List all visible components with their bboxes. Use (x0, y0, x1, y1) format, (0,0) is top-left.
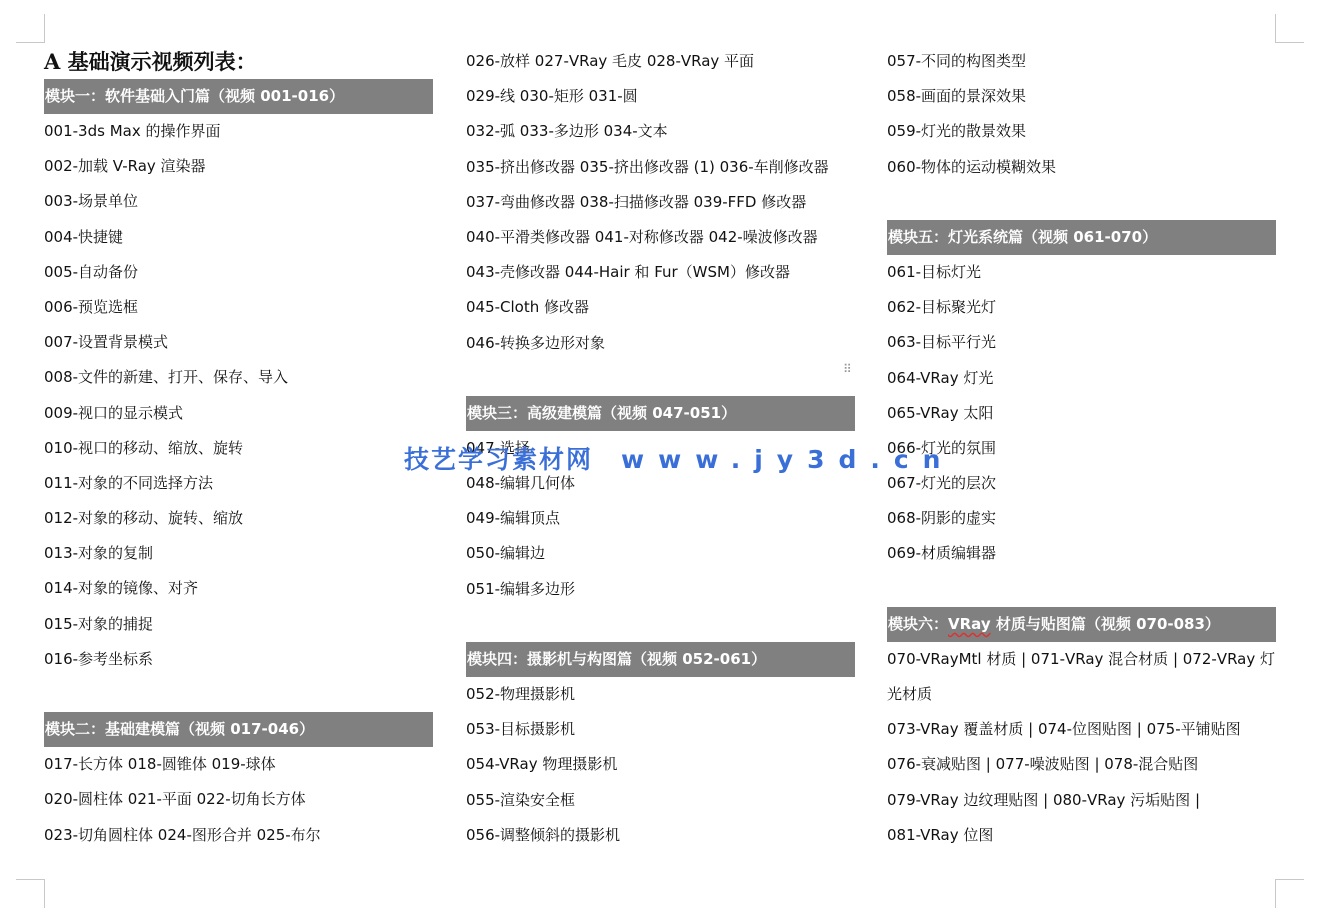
watermark: 技艺学习素材网www.jy3d.cn (404, 440, 954, 476)
list-item: 052-物理摄影机 (466, 677, 856, 712)
list-item: 026-放样 027-VRay 毛皮 028-VRay 平面 (466, 44, 856, 79)
list-item: 081-VRay 位图 (887, 818, 1277, 853)
spacer (887, 572, 1277, 607)
list-item: 060-物体的运动模糊效果 (887, 150, 1277, 185)
list-item: 040-平滑类修改器 041-对称修改器 042-噪波修改器 (466, 220, 856, 255)
list-item: 003-场景单位 (44, 184, 434, 219)
list-item: 049-编辑顶点 (466, 501, 856, 536)
list-item: 013-对象的复制 (44, 536, 434, 571)
list-item: 068-阴影的虚实 (887, 501, 1277, 536)
list-item: 006-预览选框 (44, 290, 434, 325)
list-item: 050-编辑边 (466, 536, 856, 571)
section-header-module-2: 模块二：基础建模篇（视频 017-046） (44, 712, 433, 747)
list-item: 014-对象的镜像、对齐 (44, 571, 434, 606)
drag-handle-icon[interactable]: ⠿ (843, 366, 852, 372)
list-item: 012-对象的移动、旋转、缩放 (44, 501, 434, 536)
list-item: 029-线 030-矩形 031-圆 (466, 79, 856, 114)
list-item: 004-快捷键 (44, 220, 434, 255)
list-item: 073-VRay 覆盖材质 | 074-位图贴图 | 075-平铺贴图 (887, 712, 1277, 747)
list-item: 光材质 (887, 677, 1277, 712)
list-item: 054-VRay 物理摄影机 (466, 747, 856, 782)
list-item: 017-长方体 018-圆锥体 019-球体 (44, 747, 434, 782)
watermark-url: www.jy3d.cn (621, 445, 954, 474)
header-suffix: 材质与贴图篇（视频 070-083） (991, 615, 1220, 633)
list-item: 056-调整倾斜的摄影机 (466, 818, 856, 853)
watermark-text: 技艺学习素材网 (404, 445, 593, 474)
list-item: 001-3ds Max 的操作界面 (44, 114, 434, 149)
list-item: 009-视口的显示模式 (44, 396, 434, 431)
list-item: 062-目标聚光灯 (887, 290, 1277, 325)
section-header-module-6: 模块六：VRay 材质与贴图篇（视频 070-083） (887, 607, 1276, 642)
list-item: 010-视口的移动、缩放、旋转 (44, 431, 434, 466)
section-header-module-1: 模块一：软件基础入门篇（视频 001-016） (44, 79, 433, 114)
list-item: 037-弯曲修改器 038-扫描修改器 039-FFD 修改器 (466, 185, 856, 220)
section-header-module-4: 模块四：摄影机与构图篇（视频 052-061） (466, 642, 855, 677)
list-item: 043-壳修改器 044-Hair 和 Fur（WSM）修改器 (466, 255, 856, 290)
page-corner-mark-bottom-left (16, 879, 45, 908)
spellcheck-underlined-word: VRay (948, 615, 991, 633)
spacer (887, 185, 1277, 220)
list-item: 007-设置背景模式 (44, 325, 434, 360)
list-item: 070-VRayMtl 材质 | 071-VRay 混合材质 | 072-VRa… (887, 642, 1277, 677)
page-corner-mark-bottom-right (1275, 879, 1304, 908)
list-item: 063-目标平行光 (887, 325, 1277, 360)
list-item: 046-转换多边形对象 (466, 326, 856, 361)
list-item: 053-目标摄影机 (466, 712, 856, 747)
list-item: 061-目标灯光 (887, 255, 1277, 290)
spacer (466, 607, 856, 642)
list-item: 035-挤出修改器 035-挤出修改器 (1) 036-车削修改器 (466, 150, 856, 185)
section-header-module-5: 模块五：灯光系统篇（视频 061-070） (887, 220, 1276, 255)
list-item: 059-灯光的散景效果 (887, 114, 1277, 149)
spacer (466, 361, 856, 396)
spacer (44, 677, 434, 712)
list-item: 079-VRay 边纹理贴图 | 080-VRay 污垢贴图 | (887, 783, 1277, 818)
list-item: 055-渲染安全框 (466, 783, 856, 818)
list-item: 051-编辑多边形 (466, 572, 856, 607)
list-item: 020-圆柱体 021-平面 022-切角长方体 (44, 782, 434, 817)
list-item: 015-对象的捕捉 (44, 607, 434, 642)
list-item: 064-VRay 灯光 (887, 361, 1277, 396)
list-item: 023-切角圆柱体 024-图形合并 025-布尔 (44, 818, 434, 853)
list-item: 058-画面的景深效果 (887, 79, 1277, 114)
list-item: 011-对象的不同选择方法 (44, 466, 434, 501)
list-item: 002-加载 V-Ray 渲染器 (44, 149, 434, 184)
list-item: 045-Cloth 修改器 (466, 290, 856, 325)
list-item: 065-VRay 太阳 (887, 396, 1277, 431)
page-corner-mark-top-left (16, 14, 45, 43)
list-item: 076-衰减贴图 | 077-噪波贴图 | 078-混合贴图 (887, 747, 1277, 782)
section-header-module-3: 模块三：高级建模篇（视频 047-051） (466, 396, 855, 431)
header-prefix: 模块六： (888, 615, 948, 633)
list-item: 016-参考坐标系 (44, 642, 434, 677)
page-corner-mark-top-right (1275, 14, 1304, 43)
list-item: 069-材质编辑器 (887, 536, 1277, 571)
list-item: 005-自动备份 (44, 255, 434, 290)
list-item: 057-不同的构图类型 (887, 44, 1277, 79)
list-item: 008-文件的新建、打开、保存、导入 (44, 360, 434, 395)
column-1: A 基础演示视频列表： 模块一：软件基础入门篇（视频 001-016） 001-… (44, 44, 434, 853)
list-item: 032-弧 033-多边形 034-文本 (466, 114, 856, 149)
page-title: A 基础演示视频列表： (44, 44, 434, 79)
